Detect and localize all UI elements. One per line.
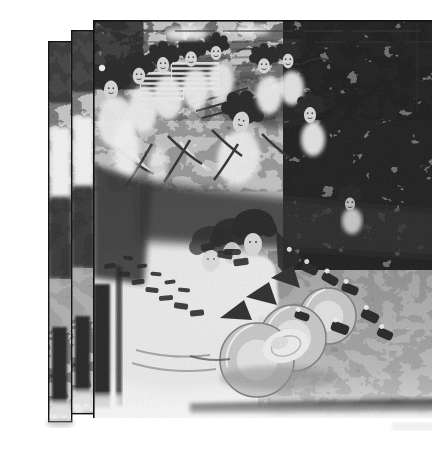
photo-frame-middle bbox=[71, 30, 95, 414]
photo-frame-back bbox=[46, 41, 74, 427]
photo-frame-front bbox=[55, 20, 432, 418]
multiple-exposure-photograph bbox=[40, 16, 432, 433]
paper-smudge bbox=[392, 423, 432, 430]
photo-collage bbox=[40, 16, 432, 433]
strip-bottom-smudge bbox=[46, 419, 74, 427]
film-grain-overlay bbox=[93, 20, 432, 418]
